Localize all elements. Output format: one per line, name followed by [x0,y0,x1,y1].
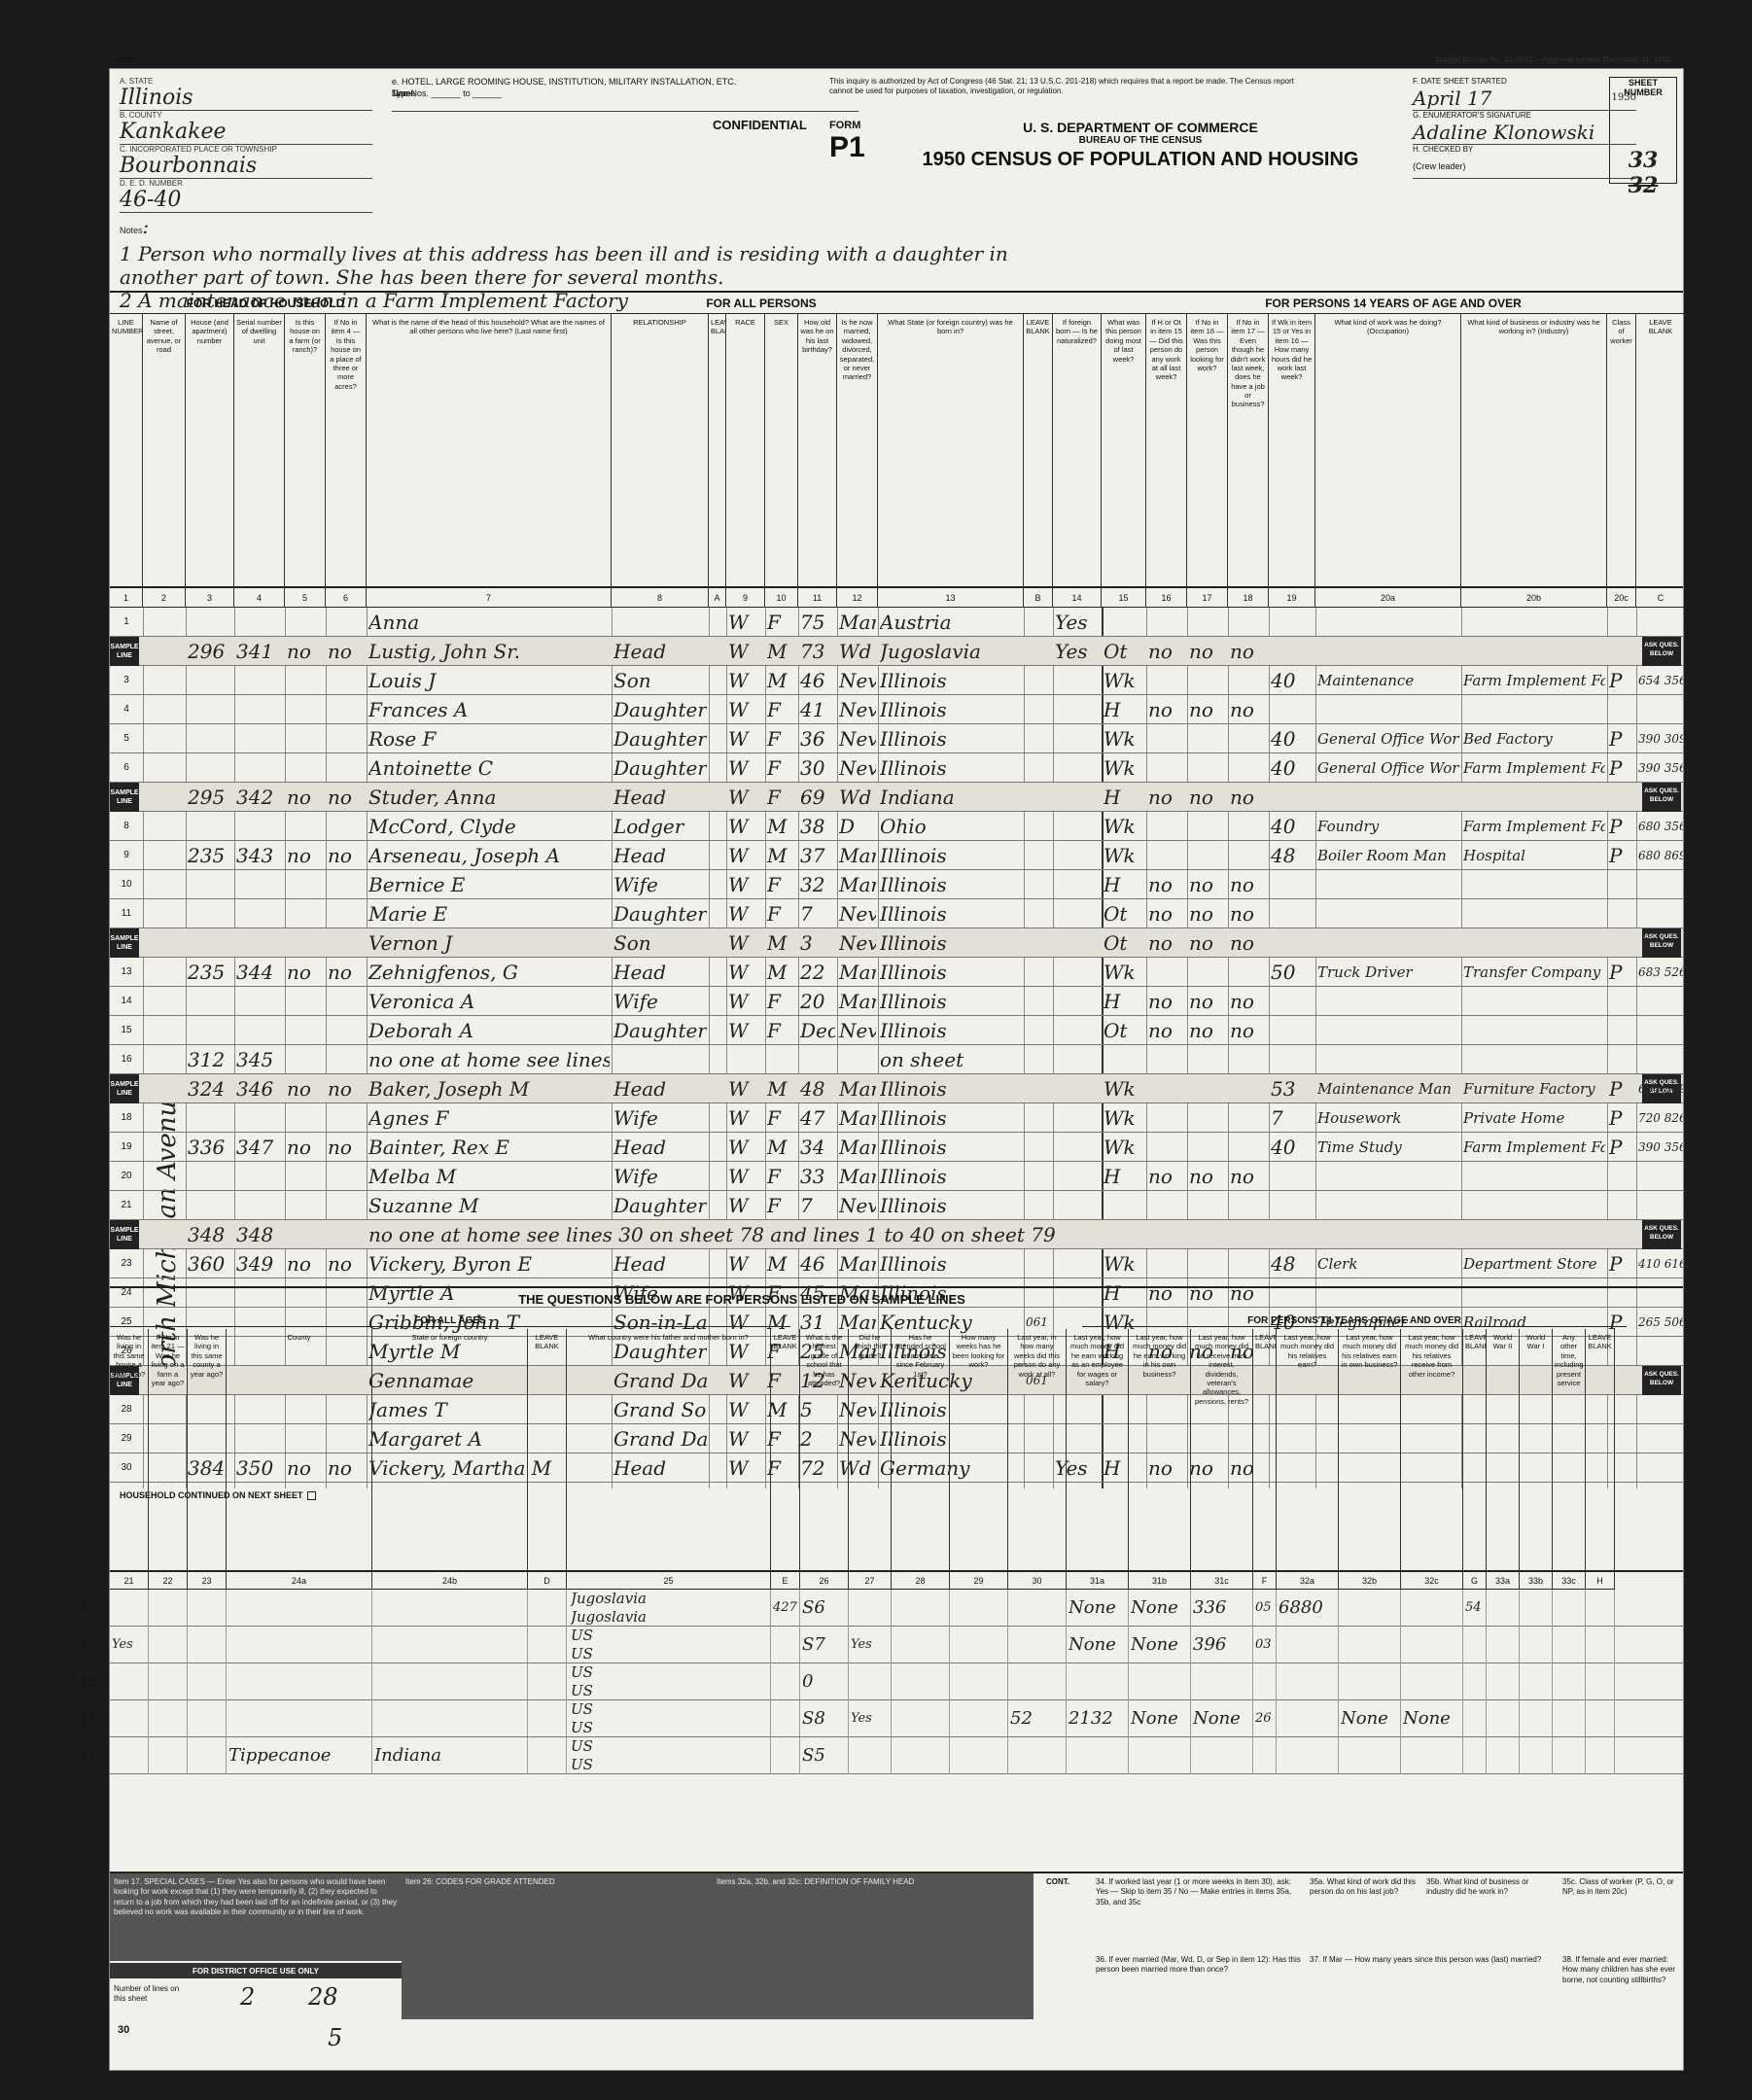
cell-sex: F [767,1016,796,1045]
line-number: 1 [112,608,141,637]
colnum-a: A [709,588,726,608]
cell-c19: 40 [1271,753,1314,783]
sample-cell-c31a: None [1069,1590,1127,1627]
cell-serial [236,695,283,724]
cell-ind [1463,870,1605,899]
cell-c16: no [1148,899,1185,928]
cell-nat [1055,666,1100,695]
cell-serial: 344 [236,958,283,987]
cell-cls: P [1609,1133,1634,1162]
sample-cell-c28 [894,1737,948,1774]
sample-row: 120USUS [110,1663,1683,1700]
sample-cell-c28 [894,1663,948,1700]
sample-questions: THE QUESTIONS BELOW ARE FOR PERSONS LIST… [110,1286,1683,2072]
cell-farm [287,1220,324,1249]
cell-rel: Wife [613,1103,707,1133]
cell-name: Bernice E [368,870,610,899]
question-36: 36. If ever married (Mar, Wd, D, or Sep … [1092,1951,1306,2019]
cell-c15: Wk [1104,1249,1144,1278]
sample-cell-c31b: None [1131,1590,1189,1627]
cell-c18 [1230,1133,1267,1162]
cell-farm [287,1162,324,1191]
colnum-20c: 20c [1607,588,1636,608]
location-block: a. STATE Illinois b. COUNTY Kankakee c. … [120,77,372,213]
cell-c16: no [1148,783,1185,812]
colnum-6: 6 [326,588,367,608]
cell-c17: no [1189,695,1226,724]
table-row: 10Bernice EWifeWF32MarIllinoisHnonono [110,870,1683,899]
father-birthplace: US [571,1663,767,1682]
sample-cell-c24b [374,1627,526,1663]
cell-codes [1638,870,1683,899]
question-37: 37. If Mar — How many years since this p… [1306,1951,1559,2019]
cell-rel: Wife [613,870,707,899]
cell-b [1026,783,1051,812]
cell-occ [1317,783,1459,812]
cell-name: Vickery, Byron E [368,1249,610,1278]
cell-serial [236,1162,283,1191]
cell-c17 [1189,1249,1226,1278]
sample-row: 17S8Yes522132NoneNone26NoneNoneUSUS [110,1700,1683,1737]
cell-sex: F [767,1162,796,1191]
cell-b [1026,1045,1051,1074]
cell-serial: 343 [236,841,283,870]
cell-c18: no [1230,928,1267,958]
cell-c18 [1230,958,1267,987]
cell-acres: no [328,637,365,666]
tally-value-2: 28 [304,1978,363,2016]
cell-mar: Mar [839,1133,876,1162]
col-any-work: If H or Ot in item 15 — Did this person … [1146,314,1187,588]
cell-c19 [1271,899,1314,928]
sample-line-marker: SAMPLE LINE [110,1220,139,1249]
sample-cell-c32c [1403,1737,1461,1774]
cell-serial [236,753,283,783]
cell-codes: 390 356 1 [1638,753,1683,783]
cell-ind [1463,987,1605,1016]
cell-born: Jugoslavia [880,637,1022,666]
cell-codes: 683 526 1 [1638,958,1683,987]
confidential-label: CONFIDENTIAL [713,118,820,132]
cell-cls: P [1609,1103,1634,1133]
lower-colnum-F: F [1253,1572,1277,1590]
lower-colnum-33b: 33b [1520,1572,1553,1590]
cell-b [1026,666,1051,695]
cell-sex [767,1045,796,1074]
cell-farm [287,987,324,1016]
cell-c19 [1271,928,1314,958]
cell-race: W [728,870,763,899]
cell-born [880,1220,1022,1249]
cell-cls [1609,987,1634,1016]
cell-c16 [1148,1045,1185,1074]
cell-c15 [1104,608,1144,637]
cell-c17 [1189,666,1226,695]
tally-label: Number of lines on this sheet [110,1980,188,2019]
cell-mar: Mar [839,1249,876,1278]
table-row: 16312345no one at home see lineson sheet [110,1045,1683,1074]
cell-sex: F [767,1191,796,1220]
table-row: 21Suzanne MDaughterWF7NevIllinois [110,1191,1683,1220]
cell-sex: F [767,753,796,783]
table-row: 4Frances ADaughterWF41NevIllinoisHnonono [110,695,1683,724]
cell-ind: Farm Implement Factory [1463,1133,1605,1162]
cell-c19 [1271,695,1314,724]
cell-c19: 53 [1271,1074,1314,1103]
crew-leader-label: (Crew leader) [1413,154,1636,179]
sample-cell-c32a: 6880 [1279,1590,1337,1627]
table-row: SAMPLE LINEASK QUES. BELOW348348no one a… [110,1220,1683,1249]
cell-c19 [1271,1191,1314,1220]
department-title: U. S. DEPARTMENT OF COMMERCE [907,120,1374,135]
sample-cell-c32b [1341,1737,1399,1774]
sample-cell-c21 [112,1590,147,1627]
cell-age: 69 [800,783,835,812]
cell-mar: Nev [839,695,876,724]
lower-col-28: Has he attended school at any time since… [892,1329,950,1572]
cell-c18: no [1230,695,1267,724]
cell-c17 [1189,1074,1226,1103]
cell-race: W [728,899,763,928]
question-35b: 35b. What kind of business or industry d… [1422,1873,1559,1942]
sample-line-ref: 2 [81,1590,108,1627]
cell-ind [1463,695,1605,724]
cell-rel [613,1045,707,1074]
cell-mar: Nev [839,666,876,695]
cell-c18: no [1230,870,1267,899]
cell-acres [328,899,365,928]
cell-mar: Wd [839,783,876,812]
cell-rel: Head [613,841,707,870]
cell-sex: M [767,1133,796,1162]
cell-c15: H [1104,987,1144,1016]
cell-race: W [728,1191,763,1220]
cell-born: Illinois [880,695,1022,724]
table-row: 13235344nonoZehnigfenos, GHeadWM22MarIll… [110,958,1683,987]
cell-race: W [728,666,763,695]
sample-cell-c24b [374,1590,526,1627]
col-leave-blank-b: LEAVE BLANK [1024,314,1053,588]
cell-serial [236,870,283,899]
cell-cls: P [1609,1074,1634,1103]
bottom-line-number: 30 [114,2019,153,2041]
cell-c15: Wk [1104,958,1144,987]
cell-acres [328,1045,365,1074]
cell-farm [287,1045,324,1074]
sample-cell-c32a [1279,1700,1337,1737]
cell-codes: 390 309 1 [1638,724,1683,753]
table-row: 1AnnaWF75MarAustriaYes [110,608,1683,637]
cell-c16: no [1148,637,1185,666]
sample-cell-c24b: Indiana [374,1737,526,1774]
cell-c19: 40 [1271,812,1314,841]
cell-farm [287,724,324,753]
father-birthplace: Jugoslavia [571,1590,767,1608]
cell-house [188,1191,232,1220]
cell-c18 [1230,812,1267,841]
cell-born: Illinois [880,1074,1022,1103]
cell-c18 [1230,753,1267,783]
colnum-b: B [1024,588,1053,608]
lower-col-23: Was he living in this same county a year… [188,1329,227,1572]
sample-cell-g [1465,1663,1485,1700]
cell-farm: no [287,1249,324,1278]
cell-c17: no [1189,1162,1226,1191]
cell-b [1026,958,1051,987]
cell-cls [1609,1162,1634,1191]
cell-house [188,666,232,695]
cell-codes: 654 356 1 [1638,666,1683,695]
sample-cell-f: 26 [1255,1700,1275,1737]
cell-cls: P [1609,1249,1634,1278]
cell-house: 235 [188,841,232,870]
cell-rel: Daughter [613,1191,707,1220]
cell-ind [1463,608,1605,637]
cell-name: no one at home see lines [368,1045,610,1074]
sample-cell-f: 05 [1255,1590,1275,1627]
enumerator-signature: Adaline Klonowski [1413,120,1636,145]
cell-cls [1609,1045,1634,1074]
col-hours: If Wk in item 15 or Yes in item 16 — How… [1269,314,1315,588]
cell-farm [287,928,324,958]
cell-race: W [728,841,763,870]
cell-nat [1055,899,1100,928]
sample-cell-c31a [1069,1663,1127,1700]
cell-codes [1638,1016,1683,1045]
cell-c15: H [1104,695,1144,724]
cell-codes [1638,928,1683,958]
col-looking: If No in item 16 — Was this person looki… [1187,314,1228,588]
table-row: 6Antoinette CDaughterWF30NevIllinoisWk40… [110,753,1683,783]
cell-nat [1055,958,1100,987]
cell-sex: M [767,958,796,987]
cell-race: W [728,753,763,783]
cell-serial: 342 [236,783,283,812]
cell-c16: no [1148,870,1185,899]
cell-nat [1055,870,1100,899]
cell-sex [767,1220,796,1249]
cell-acres [328,695,365,724]
line-number: 18 [112,1103,141,1133]
colnum-4: 4 [234,588,285,608]
special-cases-note: Item 17. SPECIAL CASES — Enter Yes also … [110,1873,402,1961]
lower-colnum-22: 22 [149,1572,188,1590]
cell-born: Illinois [880,753,1022,783]
line-number: 14 [112,987,141,1016]
cell-mar: Nev [839,724,876,753]
cell-rel: Daughter [613,724,707,753]
cell-serial: 349 [236,1249,283,1278]
cell-c15: Wk [1104,753,1144,783]
cell-born: Illinois [880,666,1022,695]
lower-colnum-23: 23 [188,1572,227,1590]
cell-c16 [1148,1249,1185,1278]
cell-rel: Head [613,1249,707,1278]
cell-codes: 410 616 1 [1638,1249,1683,1278]
cell-name: Veronica A [368,987,610,1016]
cell-name: Bainter, Rex E [368,1133,610,1162]
sheet-number-label: SHEET NUMBER [1610,78,1676,97]
section-all-persons: FOR ALL PERSONS [421,293,1102,314]
cell-rel: Daughter [613,695,707,724]
colnum-16: 16 [1146,588,1187,608]
cell-race [728,1045,763,1074]
cell-b [1026,1074,1051,1103]
cell-house: 348 [188,1220,232,1249]
sample-cell-e [773,1700,798,1737]
cell-age: 34 [800,1133,835,1162]
cell-c18: no [1230,899,1267,928]
cell-serial: 347 [236,1133,283,1162]
title-block: FORM P1 U. S. DEPARTMENT OF COMMERCE BUR… [829,120,1374,178]
cell-occ [1317,899,1459,928]
cell-age: 36 [800,724,835,753]
mother-birthplace: Jugoslavia [571,1608,767,1627]
cell-b [1026,724,1051,753]
cell-race: W [728,958,763,987]
sample-cell-finish [851,1737,890,1774]
cell-c19: 48 [1271,841,1314,870]
cell-occ: General Office Work [1317,724,1459,753]
cell-ind [1463,928,1605,958]
sample-cell-g [1465,1627,1485,1663]
lower-col-31b: Last year, how much money did he earn wo… [1129,1329,1191,1572]
cell-nat [1055,928,1100,958]
father-birthplace: US [571,1737,767,1756]
cell-acres [328,1191,365,1220]
sample-line-marker: SAMPLE LINE [110,783,139,812]
cell-c16 [1148,666,1185,695]
cell-sex: M [767,841,796,870]
cell-c19 [1271,1220,1314,1249]
cell-house [188,928,232,958]
cell-farm [287,695,324,724]
cell-rel: Wife [613,1162,707,1191]
sample-cell-grade: 0 [802,1663,847,1700]
table-row: 9235343nonoArseneau, Joseph AHeadWM37Mar… [110,841,1683,870]
cell-b [1026,1249,1051,1278]
lower-colnum-31b: 31b [1129,1572,1191,1590]
cell-nat [1055,724,1100,753]
cell-name: Baker, Joseph M [368,1074,610,1103]
cell-cls [1609,870,1634,899]
cell-age: 47 [800,1103,835,1133]
cell-mar: Nev [839,899,876,928]
table-row: 5Rose FDaughterWF36NevIllinoisWk40Genera… [110,724,1683,753]
cell-c19: 40 [1271,724,1314,753]
cell-c18 [1230,666,1267,695]
line-number: 10 [112,870,141,899]
lower-colnum-31c: 31c [1191,1572,1253,1590]
cell-age: 3 [800,928,835,958]
cell-ind: Farm Implement Factory [1463,812,1605,841]
cell-age: 7 [800,1191,835,1220]
cell-acres [328,1162,365,1191]
lower-col-32b: Last year, how much money did his relati… [1339,1329,1401,1572]
cell-c19: 48 [1271,1249,1314,1278]
cell-age: 32 [800,870,835,899]
cell-house: 360 [188,1249,232,1278]
cell-codes [1638,1045,1683,1074]
date-value: April 17 [1413,87,1491,110]
cell-c18 [1230,608,1267,637]
cell-occ [1317,870,1459,899]
cell-c18: no [1230,637,1267,666]
cell-farm [287,1016,324,1045]
cell-codes: 654 309 1 [1638,1074,1683,1103]
enumerator-label: g. ENUMERATOR'S SIGNATURE [1413,111,1636,120]
cell-race: W [728,637,763,666]
colnum-17: 17 [1187,588,1228,608]
cell-born: Illinois [880,1162,1022,1191]
table-row: 14Veronica AWifeWF20MarIllinoisHnonono [110,987,1683,1016]
sample-cell-c31c [1193,1737,1251,1774]
cell-farm: no [287,637,324,666]
cell-born: Illinois [880,1249,1022,1278]
cell-farm: no [287,783,324,812]
cell-house: 336 [188,1133,232,1162]
colnum-1: 1 [110,588,143,608]
sample-line-ref: 12 [81,1663,108,1700]
ed-label: d. E. D. NUMBER [120,179,372,188]
cell-nat: Yes [1055,608,1100,637]
cell-c17: no [1189,1016,1226,1045]
cell-c17 [1189,608,1226,637]
line-number: 23 [112,1249,141,1278]
cont-label: CONT. [1034,1873,1082,2019]
checked-label: h. CHECKED BY [1413,145,1636,154]
cell-born: Illinois [880,928,1022,958]
cell-c16: no [1148,987,1185,1016]
lower-colnum-D: D [528,1572,567,1590]
cell-born: Illinois [880,1103,1022,1133]
cell-acres [328,812,365,841]
colnum-5: 5 [285,588,326,608]
lower-colnum-33a: 33a [1487,1572,1520,1590]
cell-name: Suzanne M [368,1191,610,1220]
cell-serial [236,1191,283,1220]
cell-b [1026,1162,1051,1191]
cell-c17 [1189,958,1226,987]
cell-ind: Hospital [1463,841,1605,870]
cell-c15: H [1104,870,1144,899]
cell-occ [1317,928,1459,958]
cell-born: on sheet [880,1045,1022,1074]
cell-rel: Daughter [613,899,707,928]
cell-b [1026,928,1051,958]
cell-race: W [728,987,763,1016]
sheet-number-value: 33 32 [1610,148,1676,198]
cell-cls: P [1609,666,1634,695]
cell-ind [1463,899,1605,928]
cell-cls [1609,695,1634,724]
mother-birthplace: US [571,1719,767,1737]
mother-birthplace: US [571,1645,767,1663]
cell-c15: Wk [1104,1074,1144,1103]
colnum-10: 10 [765,588,798,608]
sample-line-marker: SAMPLE LINE [110,637,139,666]
cell-c19 [1271,1162,1314,1191]
colnum-2: 2 [143,588,186,608]
cell-occ [1317,1016,1459,1045]
cell-codes: 390 356 1 [1638,1133,1683,1162]
lower-col-F: LEAVE BLANK [1253,1329,1277,1572]
sample-line-marker: SAMPLE LINE [110,928,139,958]
census-sheet: (52) Budget Bureau No. 41-0941.—Approval… [109,68,1684,2071]
sample-cell-c32b [1341,1590,1399,1627]
sample-cell-c31a: None [1069,1627,1127,1663]
cell-c18 [1230,1220,1267,1249]
